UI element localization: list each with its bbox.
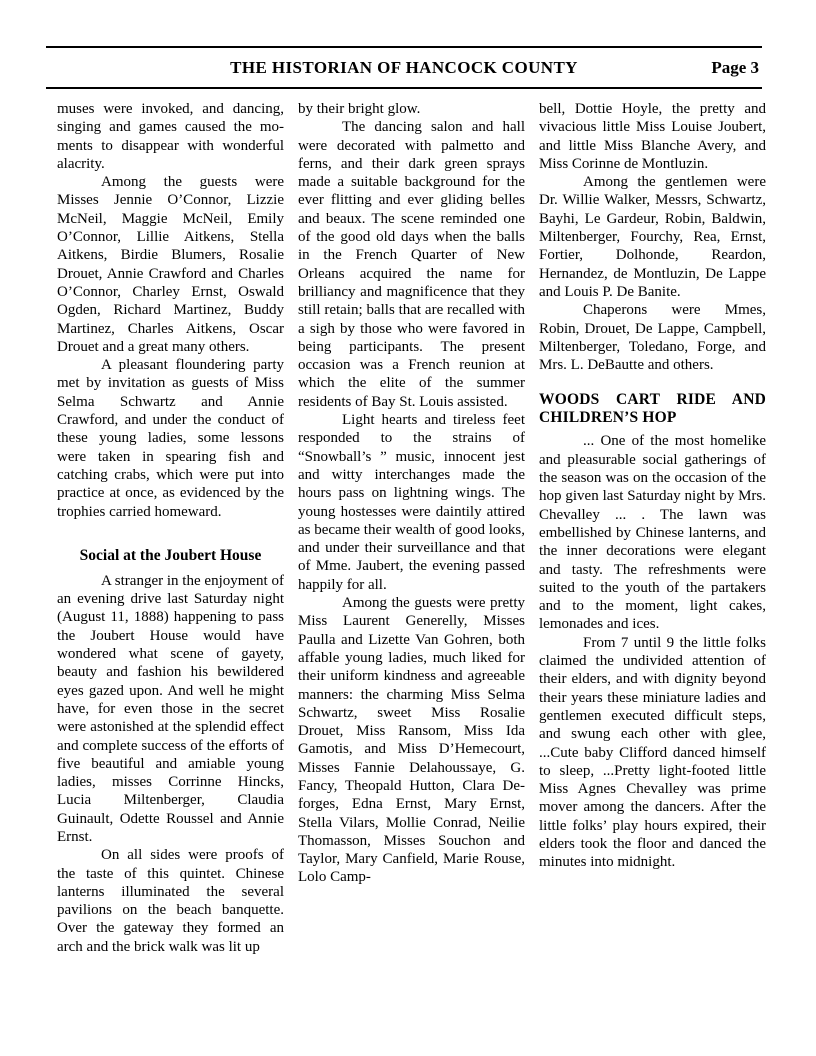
paragraph: A stranger in the enjoy­ment of an eveni… [57,572,284,846]
text-column-2: by their bright glow.The dancing salon a… [298,100,525,956]
paragraph: Light hearts and tireless feet responded… [298,411,525,594]
page-header: THE HISTORIAN OF HANCOCK COUNTY Page 3 [46,46,762,89]
page-title: THE HISTORIAN OF HANCOCK COUNTY [230,58,578,78]
paragraph: bell, Dottie Hoyle, the pretty and vivac… [539,100,766,173]
masthead-row: THE HISTORIAN OF HANCOCK COUNTY Page 3 [46,48,762,87]
paragraph: On all sides were proofs of the taste of… [57,846,284,956]
paragraph: muses were invoked, and dancing, singing… [57,100,284,173]
newspaper-page: THE HISTORIAN OF HANCOCK COUNTY Page 3 m… [0,0,816,1056]
paragraph: by their bright glow. [298,100,525,118]
header-bottom-rule [46,87,762,89]
paragraph: Chaperons were Mmes, Robin, Drouet, De L… [539,301,766,374]
article-columns: muses were invoked, and dancing, singing… [57,100,766,956]
section-heading: WOODS CART RIDE AND CHILDREN’S HOP [539,391,766,427]
section-heading: Social at the Joubert House [57,547,284,565]
paragraph: Among the guests were Misses Jennie O’Co… [57,173,284,356]
paragraph: ... One of the most homelike and pleasur… [539,432,766,633]
paragraph: A pleasant floundering party met by invi… [57,356,284,521]
text-column-3: bell, Dottie Hoyle, the pretty and vivac… [539,100,766,956]
text-column-1: muses were invoked, and dancing, singing… [57,100,284,956]
paragraph: The dancing salon and hall were decorate… [298,118,525,411]
paragraph: From 7 until 9 the little folks claimed … [539,634,766,872]
page-number: Page 3 [711,58,759,78]
paragraph: Among the gentlemen were Dr. Willie Walk… [539,173,766,301]
paragraph: Among the guests were pretty Miss Lauren… [298,594,525,887]
